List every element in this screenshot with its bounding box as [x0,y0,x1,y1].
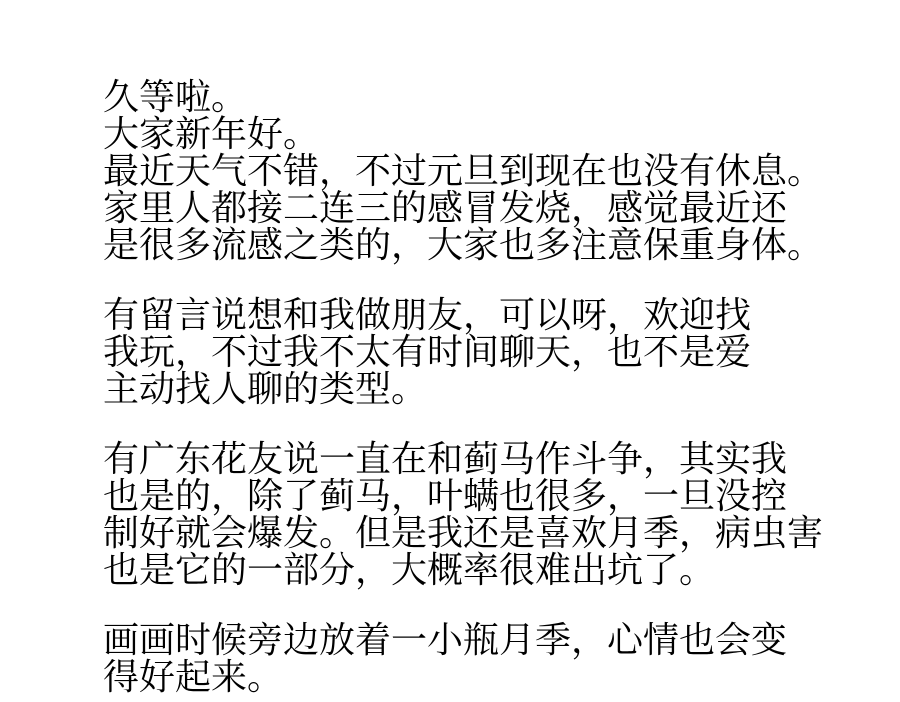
text-line: 得好起来。 [103,658,863,695]
text-line: 最近天气不错，不过元旦到现在也没有休息。 [103,152,863,189]
paragraph-greeting: 久等啦。 大家新年好。 最近天气不错，不过元旦到现在也没有休息。 家里人都接二连… [103,78,863,263]
text-block: 久等啦。 大家新年好。 最近天气不错，不过元旦到现在也没有休息。 家里人都接二连… [103,78,863,695]
text-line: 是很多流感之类的，大家也多注意保重身体。 [103,226,863,263]
text-line: 画画时候旁边放着一小瓶月季，心情也会变 [103,621,863,658]
paragraph-friends: 有留言说想和我做朋友，可以呀，欢迎找 我玩，不过我不太有时间聊天，也不是爱 主动… [103,296,863,407]
text-line: 家里人都接二连三的感冒发烧，感觉最近还 [103,189,863,226]
text-line: 我玩，不过我不太有时间聊天，也不是爱 [103,333,863,370]
text-line: 久等啦。 [103,78,863,115]
text-line: 也是它的一部分，大概率很难出坑了。 [103,551,863,588]
text-line: 主动找人聊的类型。 [103,370,863,407]
paragraph-painting: 画画时候旁边放着一小瓶月季，心情也会变 得好起来。 [103,621,863,695]
text-line: 制好就会爆发。但是我还是喜欢月季，病虫害 [103,514,863,551]
text-line: 有留言说想和我做朋友，可以呀，欢迎找 [103,296,863,333]
text-line: 有广东花友说一直在和蓟马作斗争，其实我 [103,440,863,477]
paragraph-pests: 有广东花友说一直在和蓟马作斗争，其实我 也是的，除了蓟马，叶螨也很多，一旦没控 … [103,440,863,588]
text-line: 也是的，除了蓟马，叶螨也很多，一旦没控 [103,477,863,514]
text-line: 大家新年好。 [103,115,863,152]
